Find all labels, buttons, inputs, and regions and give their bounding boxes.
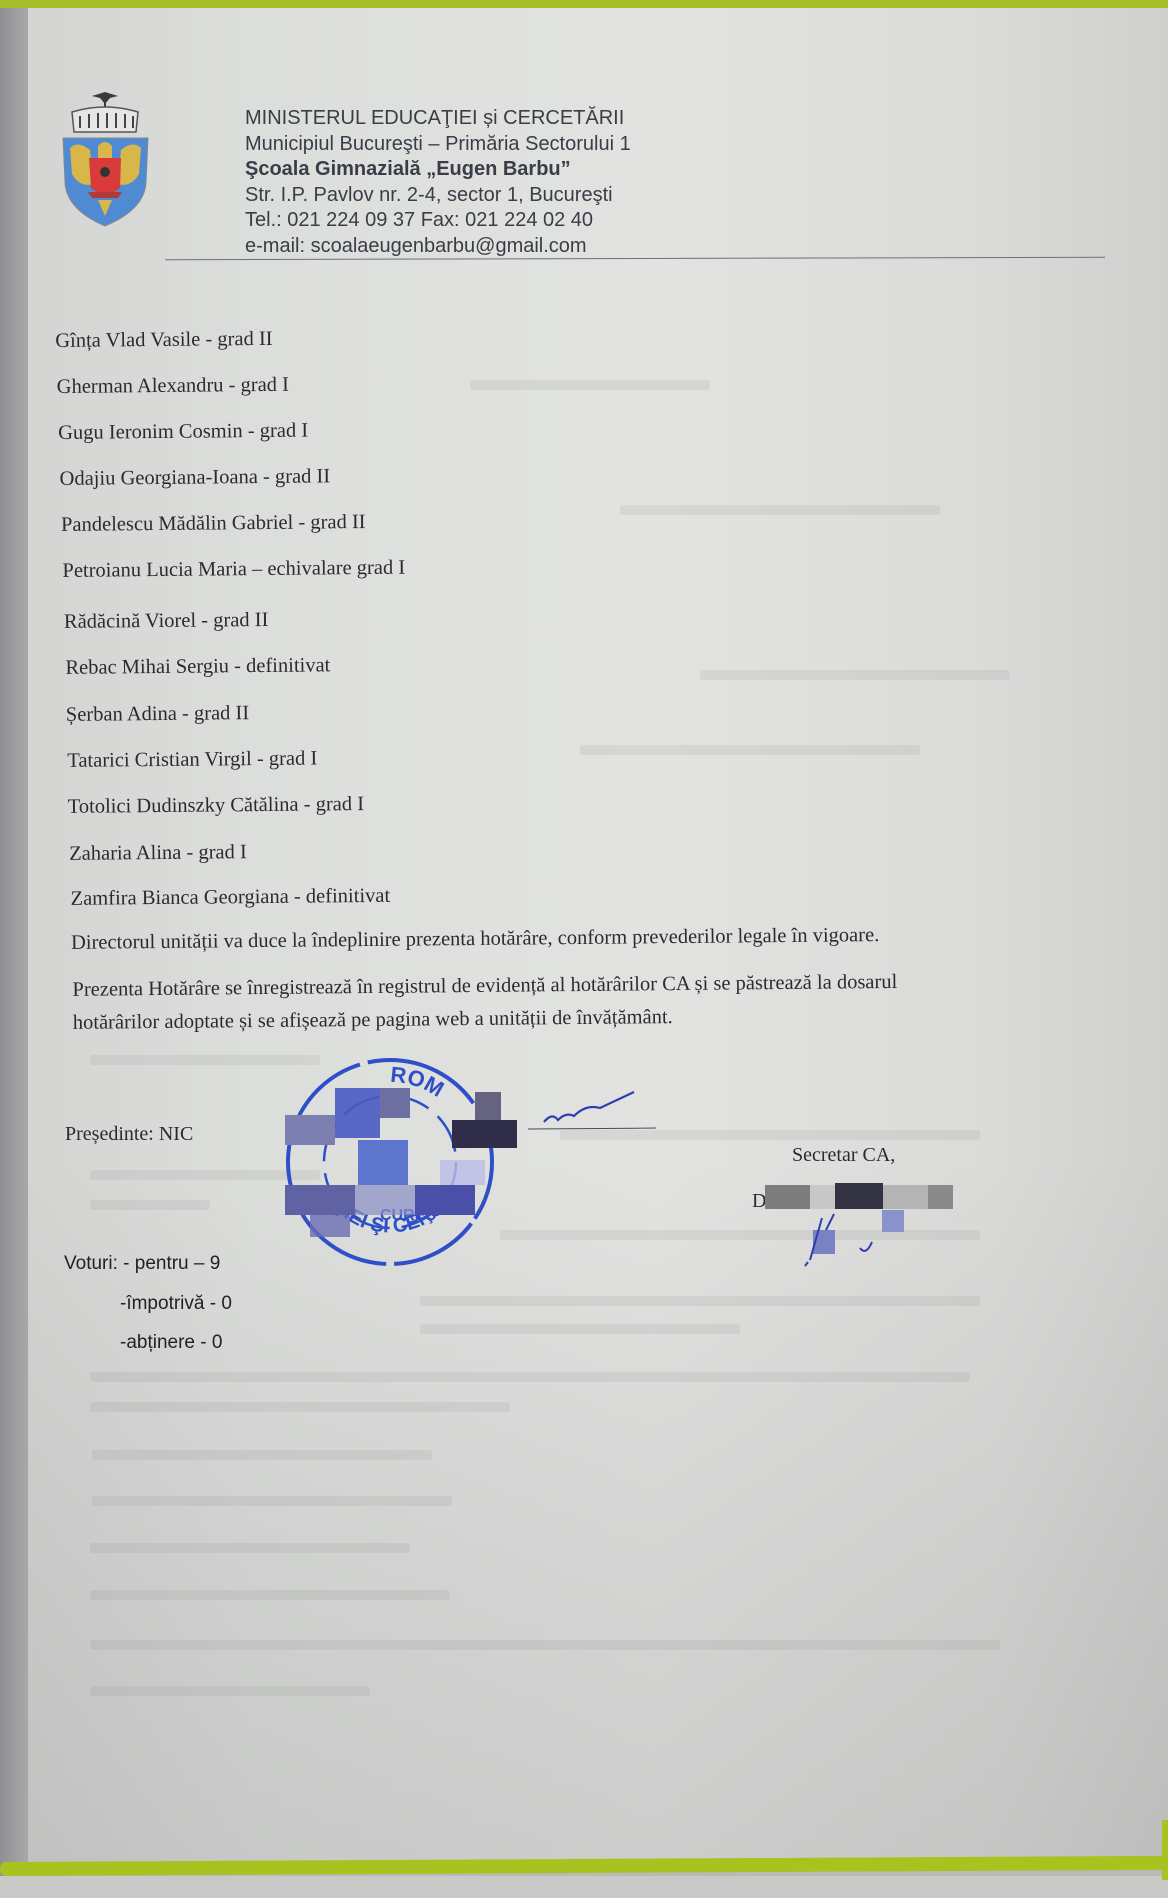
desk-edge bbox=[0, 0, 28, 1898]
folder-edge-right bbox=[1162, 1820, 1168, 1880]
school-name: Şcoala Gimnazială „Eugen Barbu” bbox=[245, 157, 631, 183]
votes-against: -împotrivă - 0 bbox=[120, 1293, 232, 1315]
list-item: Gherman Alexandru - grad I bbox=[57, 374, 289, 399]
bucharest-coat-of-arms-icon bbox=[58, 88, 153, 228]
secretary-label: Secretar CA, bbox=[792, 1144, 895, 1167]
letterhead: MINISTERUL EDUCAŢIEI și CERCETĂRII Munic… bbox=[245, 106, 631, 260]
email-line: e-mail: scoalaeugenbarbu@gmail.com bbox=[245, 234, 631, 260]
list-item: Șerban Adina - grad II bbox=[66, 702, 250, 727]
phone-fax-line: Tel.: 021 224 09 37 Fax: 021 224 02 40 bbox=[245, 208, 631, 234]
list-item: Petroianu Lucia Maria – echivalare grad … bbox=[62, 557, 405, 583]
list-item: Rădăcină Viorel - grad II bbox=[64, 609, 269, 634]
list-item: Gugu Ieronim Cosmin - grad I bbox=[58, 420, 308, 445]
secretary-signature-icon bbox=[800, 1200, 910, 1270]
votes-for: Voturi: - pentru – 9 bbox=[64, 1253, 220, 1275]
list-item: Zaharia Alina - grad I bbox=[69, 841, 247, 866]
municipality-line: Municipiul Bucureşti – Primăria Sectorul… bbox=[245, 132, 631, 158]
folder-edge-top bbox=[0, 0, 1168, 8]
address-line: Str. I.P. Pavlov nr. 2-4, sector 1, Bucu… bbox=[245, 183, 631, 209]
list-item: Pandelescu Mădălin Gabriel - grad II bbox=[61, 511, 366, 537]
president-signature-icon bbox=[540, 1082, 640, 1127]
list-item: Odajiu Georgiana-Ioana - grad II bbox=[59, 465, 330, 491]
desk-surface bbox=[0, 1876, 1168, 1898]
list-item: Zamfira Bianca Georgiana - definitivat bbox=[71, 885, 391, 911]
list-item: Totolici Dudinszky Cătălina - grad I bbox=[68, 793, 365, 819]
list-item: Rebac Mihai Sergiu - definitivat bbox=[65, 654, 330, 680]
list-item: Gînța Vlad Vasile - grad II bbox=[55, 328, 273, 353]
list-item: Tatarici Cristian Virgil - grad I bbox=[67, 747, 317, 772]
ministry-name: MINISTERUL EDUCAŢIEI și CERCETĂRII bbox=[245, 106, 631, 132]
president-label: Președinte: NIC bbox=[65, 1123, 193, 1146]
votes-abstain: -abținere - 0 bbox=[120, 1332, 222, 1354]
